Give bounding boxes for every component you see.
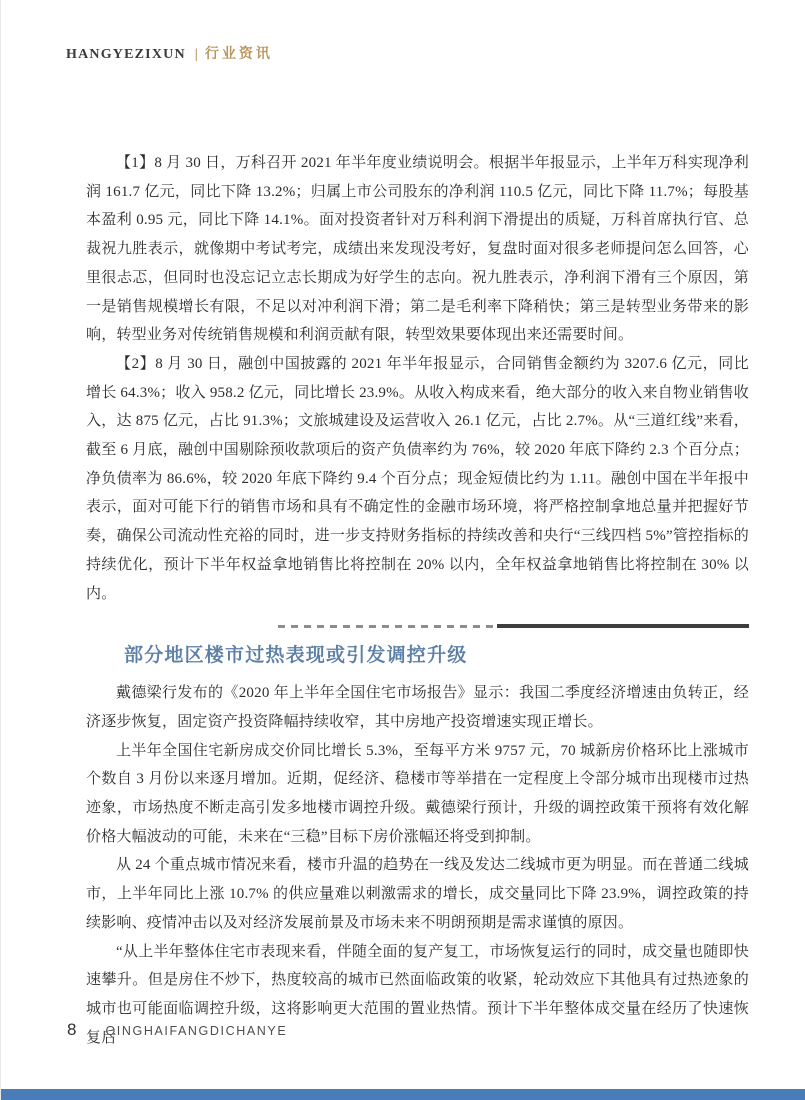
section-divider bbox=[86, 624, 749, 628]
journal-name: QINGHAIFANGDICHANYE bbox=[105, 1024, 287, 1038]
divider-solid-line bbox=[497, 624, 749, 628]
news-item-2: 【2】8 月 30 日，融创中国披露的 2021 年半年报显示，合同销售金额约为… bbox=[86, 350, 749, 608]
report-para-2: 上半年全国住宅新房成交价同比增长 5.3%，至每平方米 9757 元，70 城新… bbox=[86, 737, 749, 852]
magazine-page: HANGYEZIXUN|行业资讯 【1】8 月 30 日，万科召开 2021 年… bbox=[0, 0, 805, 1100]
report-para-1: 戴德梁行发布的《2020 年上半年全国住宅市场报告》显示：我国二季度经济增速由负… bbox=[86, 679, 749, 736]
divider-dashed-line bbox=[278, 625, 497, 628]
masthead-section-title: 行业资讯 bbox=[205, 47, 273, 62]
section-heading: 部分地区楼市过热表现或引发调控升级 bbox=[86, 641, 749, 671]
masthead-divider-mark: | bbox=[195, 47, 198, 62]
masthead-pinyin: HANGYEZIXUN bbox=[66, 47, 186, 62]
news-item-1: 【1】8 月 30 日，万科召开 2021 年半年度业绩说明会。根据半年报显示，… bbox=[86, 149, 749, 350]
page-header: HANGYEZIXUN|行业资讯 bbox=[66, 46, 273, 64]
page-number: 8 bbox=[67, 1020, 76, 1040]
page-footer: 8 QINGHAIFANGDICHANYE bbox=[67, 1020, 287, 1040]
article-body: 【1】8 月 30 日，万科召开 2021 年半年度业绩说明会。根据半年报显示，… bbox=[86, 149, 749, 1052]
report-para-3: 从 24 个重点城市情况来看，楼市升温的趋势在一线及发达二线城市更为明显。而在普… bbox=[86, 851, 749, 937]
footer-accent-bar bbox=[1, 1089, 805, 1100]
